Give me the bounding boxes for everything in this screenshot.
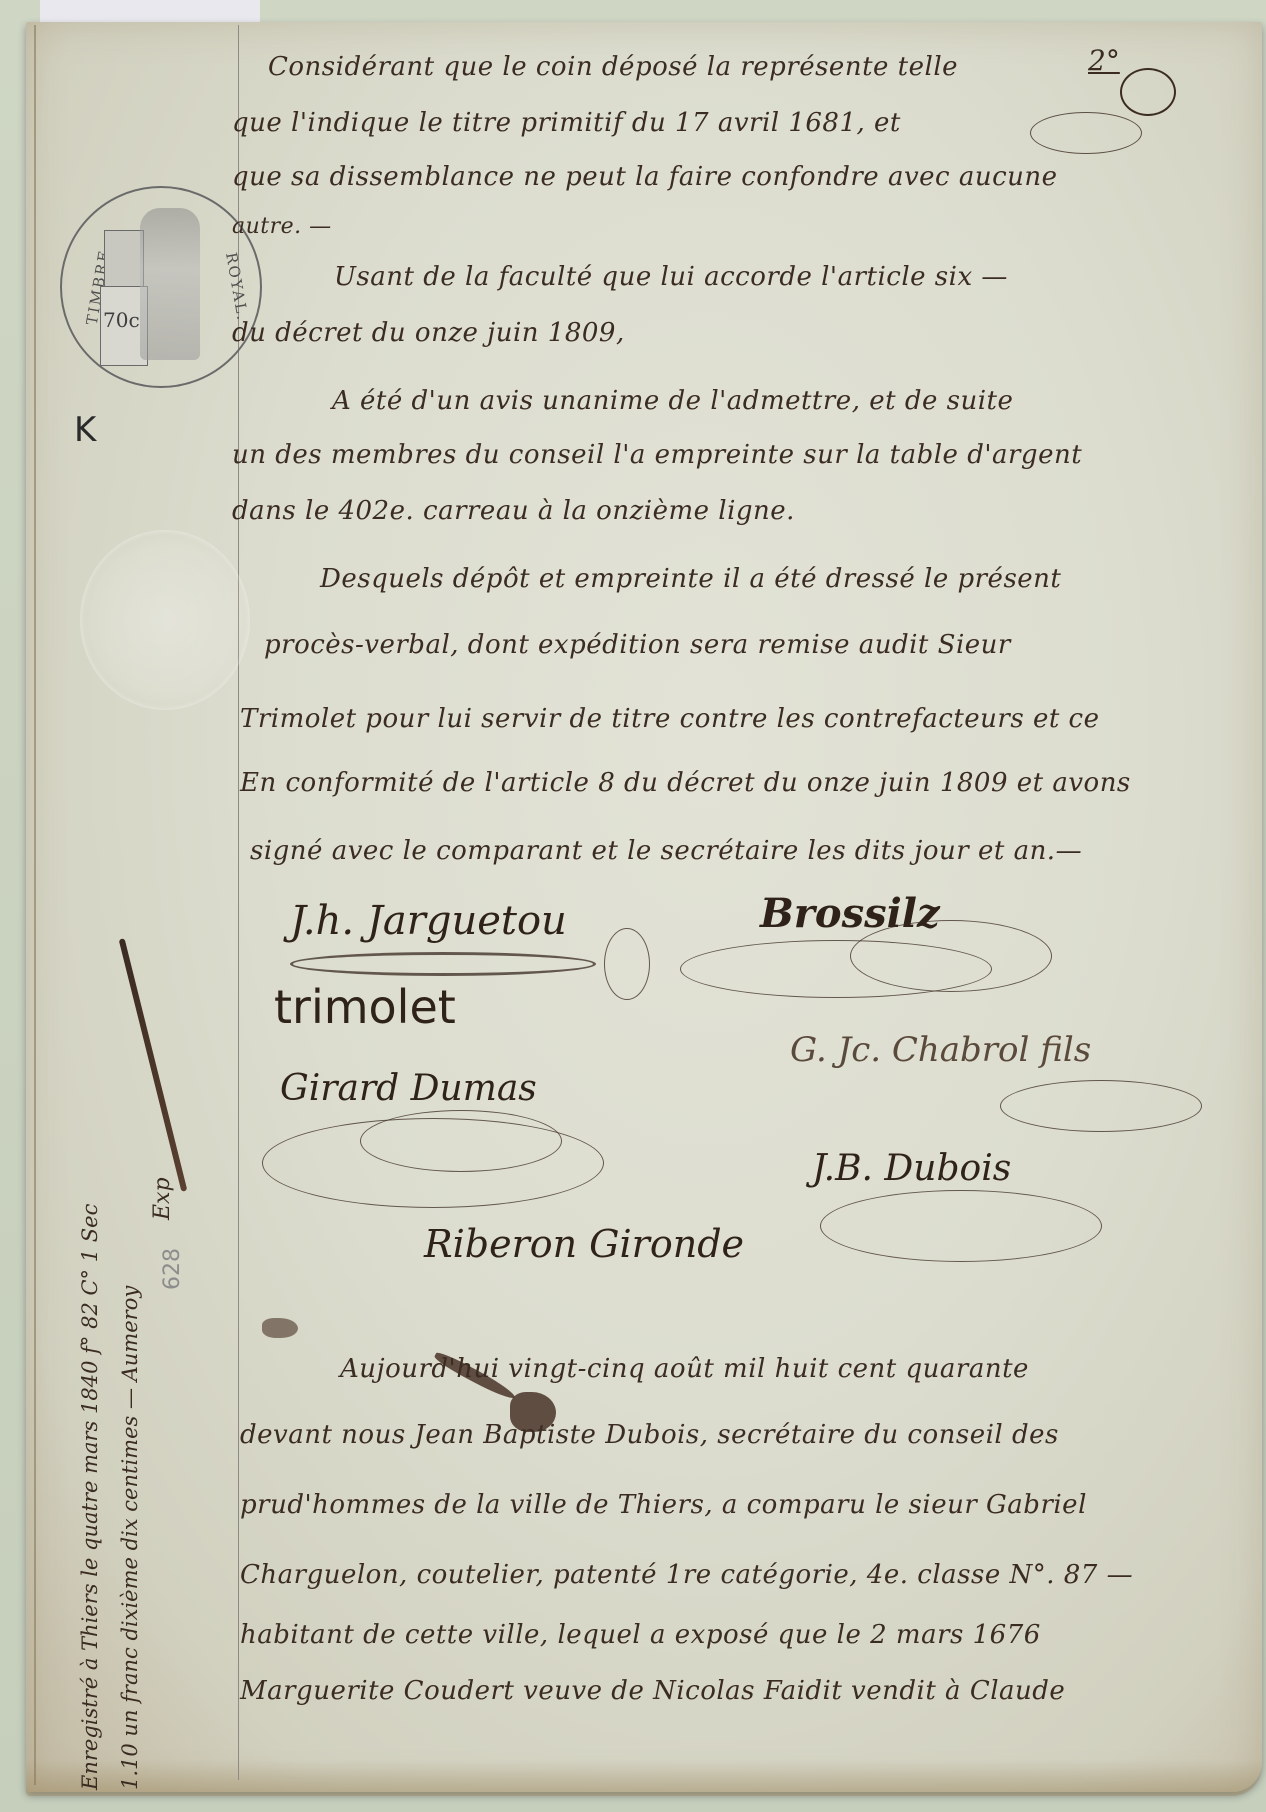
text-line: Usant de la faculté que lui accorde l'ar… — [334, 262, 1008, 292]
signature-underline-icon — [290, 952, 596, 976]
exp-mark: Exp — [150, 1177, 175, 1220]
signature-flourish-icon — [360, 1110, 562, 1172]
signature: Girard Dumas — [280, 1068, 537, 1109]
registration-note: Enregistré à Thiers le quatre mars 1840 … — [78, 1204, 102, 1790]
text-line: A été d'un avis unanime de l'admettre, e… — [332, 386, 1013, 416]
paraph-icon — [604, 928, 650, 1000]
text-line: autre. — — [232, 214, 332, 239]
allegorical-figure-icon — [140, 208, 200, 360]
text-line: En conformité de l'article 8 du décret d… — [240, 768, 1131, 798]
text-line: habitant de cette ville, lequel a exposé… — [240, 1620, 1041, 1650]
text-line: Trimolet pour lui servir de titre contre… — [240, 704, 1100, 734]
text-line: procès-verbal, dont expédition sera remi… — [264, 630, 1011, 660]
embossed-seal-icon — [80, 530, 250, 710]
signature-flourish-icon — [820, 1190, 1102, 1262]
signature: J.h. Jarguetou — [290, 898, 567, 944]
page-shadow — [26, 1760, 1262, 1796]
text-line: du décret du onze juin 1809, — [232, 318, 625, 348]
registration-note: 1.10 un franc dixième dix centimes — Aum… — [118, 1286, 142, 1790]
paraph-flourish-icon — [1120, 68, 1176, 116]
text-line: prud'hommes de la ville de Thiers, a com… — [240, 1490, 1087, 1520]
text-line: Marguerite Coudert veuve de Nicolas Faid… — [240, 1676, 1065, 1706]
text-line: un des membres du conseil l'a empreinte … — [232, 440, 1082, 470]
signature-flourish-icon — [1000, 1080, 1202, 1132]
text-line: Considérant que le coin déposé la représ… — [268, 52, 958, 82]
signature: Riberon Gironde — [424, 1222, 744, 1266]
binding-thread — [34, 25, 36, 1785]
law-tablet-icon — [104, 230, 144, 288]
margin-k-mark: K — [74, 410, 96, 450]
signature: G. Jc. Chabrol fils — [790, 1030, 1091, 1070]
text-line: Charguelon, coutelier, patenté 1re catég… — [240, 1560, 1133, 1590]
stamp-value: 70c — [103, 308, 140, 332]
signature: trimolet — [274, 980, 456, 1034]
text-line: Desquels dépôt et empreinte il a été dre… — [320, 564, 1061, 594]
signature: J.B. Dubois — [812, 1148, 1011, 1189]
page-number: 2° — [1088, 44, 1120, 77]
text-line: dans le 402e. carreau à la onzième ligne… — [232, 496, 795, 526]
pencil-folio-number: 628 — [160, 1248, 185, 1290]
text-line: que l'indique le titre primitif du 17 av… — [232, 108, 901, 138]
text-line: que sa dissemblance ne peut la faire con… — [232, 162, 1058, 192]
signature-flourish-icon — [850, 920, 1052, 992]
text-line: devant nous Jean Baptiste Dubois, secrét… — [240, 1420, 1059, 1450]
text-line: signé avec le comparant et le secrétaire… — [250, 836, 1082, 866]
paraph-loop-icon — [1030, 112, 1142, 154]
text-line: Aujourd'hui vingt-cinq août mil huit cen… — [340, 1354, 1029, 1384]
ink-stain-icon — [262, 1318, 298, 1338]
stamp-right-text: ROYAL. — [222, 251, 252, 323]
